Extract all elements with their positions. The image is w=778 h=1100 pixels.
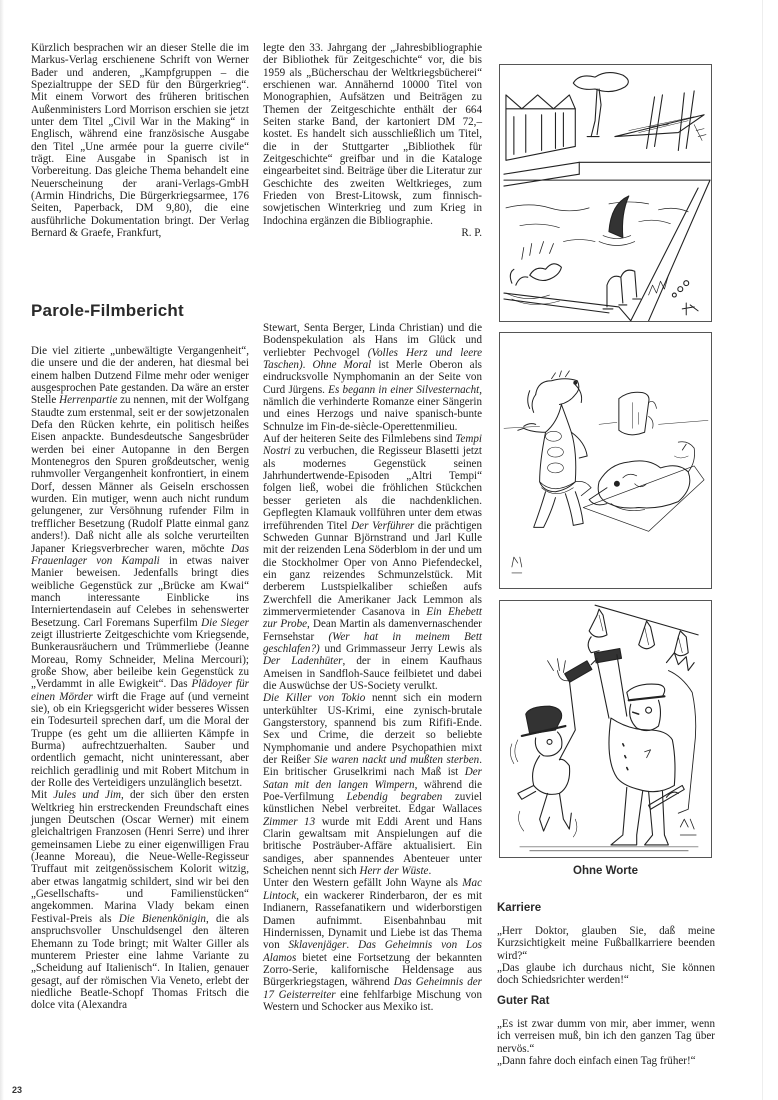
joke-line: „Das glaube ich durchaus nicht, Sie könn… [497,962,715,987]
page-number: 23 [12,1085,22,1095]
cartoon-policeman-handcuffs [499,600,712,858]
film-title: Herr der Wüste [359,865,428,877]
intro-signature: R. P. [263,227,482,239]
scan-edge-left [0,0,4,1100]
policeman-handcuffs-illustration [500,601,711,857]
film-title: Jules und Jim [53,789,121,801]
article-paragraph: Die viel zitierte „unbewältigte Vergange… [31,345,249,789]
article-paragraph: Auf der heiteren Seite des Filmlebens si… [263,433,482,692]
joke-text: „Herr Doktor, glauben Sie, daß meine Kur… [497,925,715,987]
film-title: Der Ladenhüter [263,655,342,667]
intro-column-2: legte den 33. Jahrgang der „Jahresbiblio… [263,42,482,240]
film-title: Sie waren nackt und mußten sterben [314,754,479,766]
cartoon-caption: Ohne Worte [499,865,712,877]
article-column-1: Die viel zitierte „unbewältigte Vergange… [31,345,249,1012]
joke-title: Karriere [497,902,541,914]
film-title: Der Verführer [351,520,414,532]
film-title: Ohne Moral [312,359,371,371]
scan-edge-right [762,0,763,1100]
film-title: Die Killer von Tokio [263,692,365,704]
joke-line: „Es ist zwar dumm von mir, aber immer, w… [497,1018,715,1055]
intro-paragraph-1: Kürzlich besprachen wir an dieser Stelle… [31,42,249,240]
film-title: Sklavenjäger [289,939,347,951]
pool-shark-illustration [500,65,711,321]
film-title: Herrenpartie [59,394,117,406]
intro-paragraph-2: legte den 33. Jahrgang der „Jahresbiblio… [263,42,482,227]
joke-line: „Dann fahre doch einfach einen Tag frühe… [497,1055,715,1067]
cartoon-pool-shark [499,64,712,322]
joke-text: „Es ist zwar dumm von mir, aber immer, w… [497,1018,715,1067]
film-title: Zimmer 13 [263,816,315,828]
article-column-2: Stewart, Senta Berger, Linda Christian) … [263,322,482,1013]
intro-column-1: Kürzlich besprachen wir an dieser Stelle… [31,42,249,240]
film-title: Die Bienenkönigin [119,913,206,925]
film-title: Lebendig begraben [346,791,442,803]
joke-line: „Herr Doktor, glauben Sie, daß meine Kur… [497,925,715,962]
article-title: Parole-Filmbericht [31,301,184,321]
cartoon-beach-dogs [499,332,712,589]
article-paragraph: Die Killer von Tokio nennt sich ein mode… [263,692,482,877]
article-paragraph: Mit Jules und Jim, der sich über den ers… [31,789,249,1011]
film-title: Es begann in einer Silvesternacht [328,384,479,396]
article-paragraph: Unter den Western gefällt John Wayne als… [263,877,482,1013]
film-title: Die Sieger [201,617,249,629]
joke-title: Guter Rat [497,995,549,1007]
beach-dogs-illustration [500,333,711,588]
article-paragraph: Stewart, Senta Berger, Linda Christian) … [263,322,482,433]
